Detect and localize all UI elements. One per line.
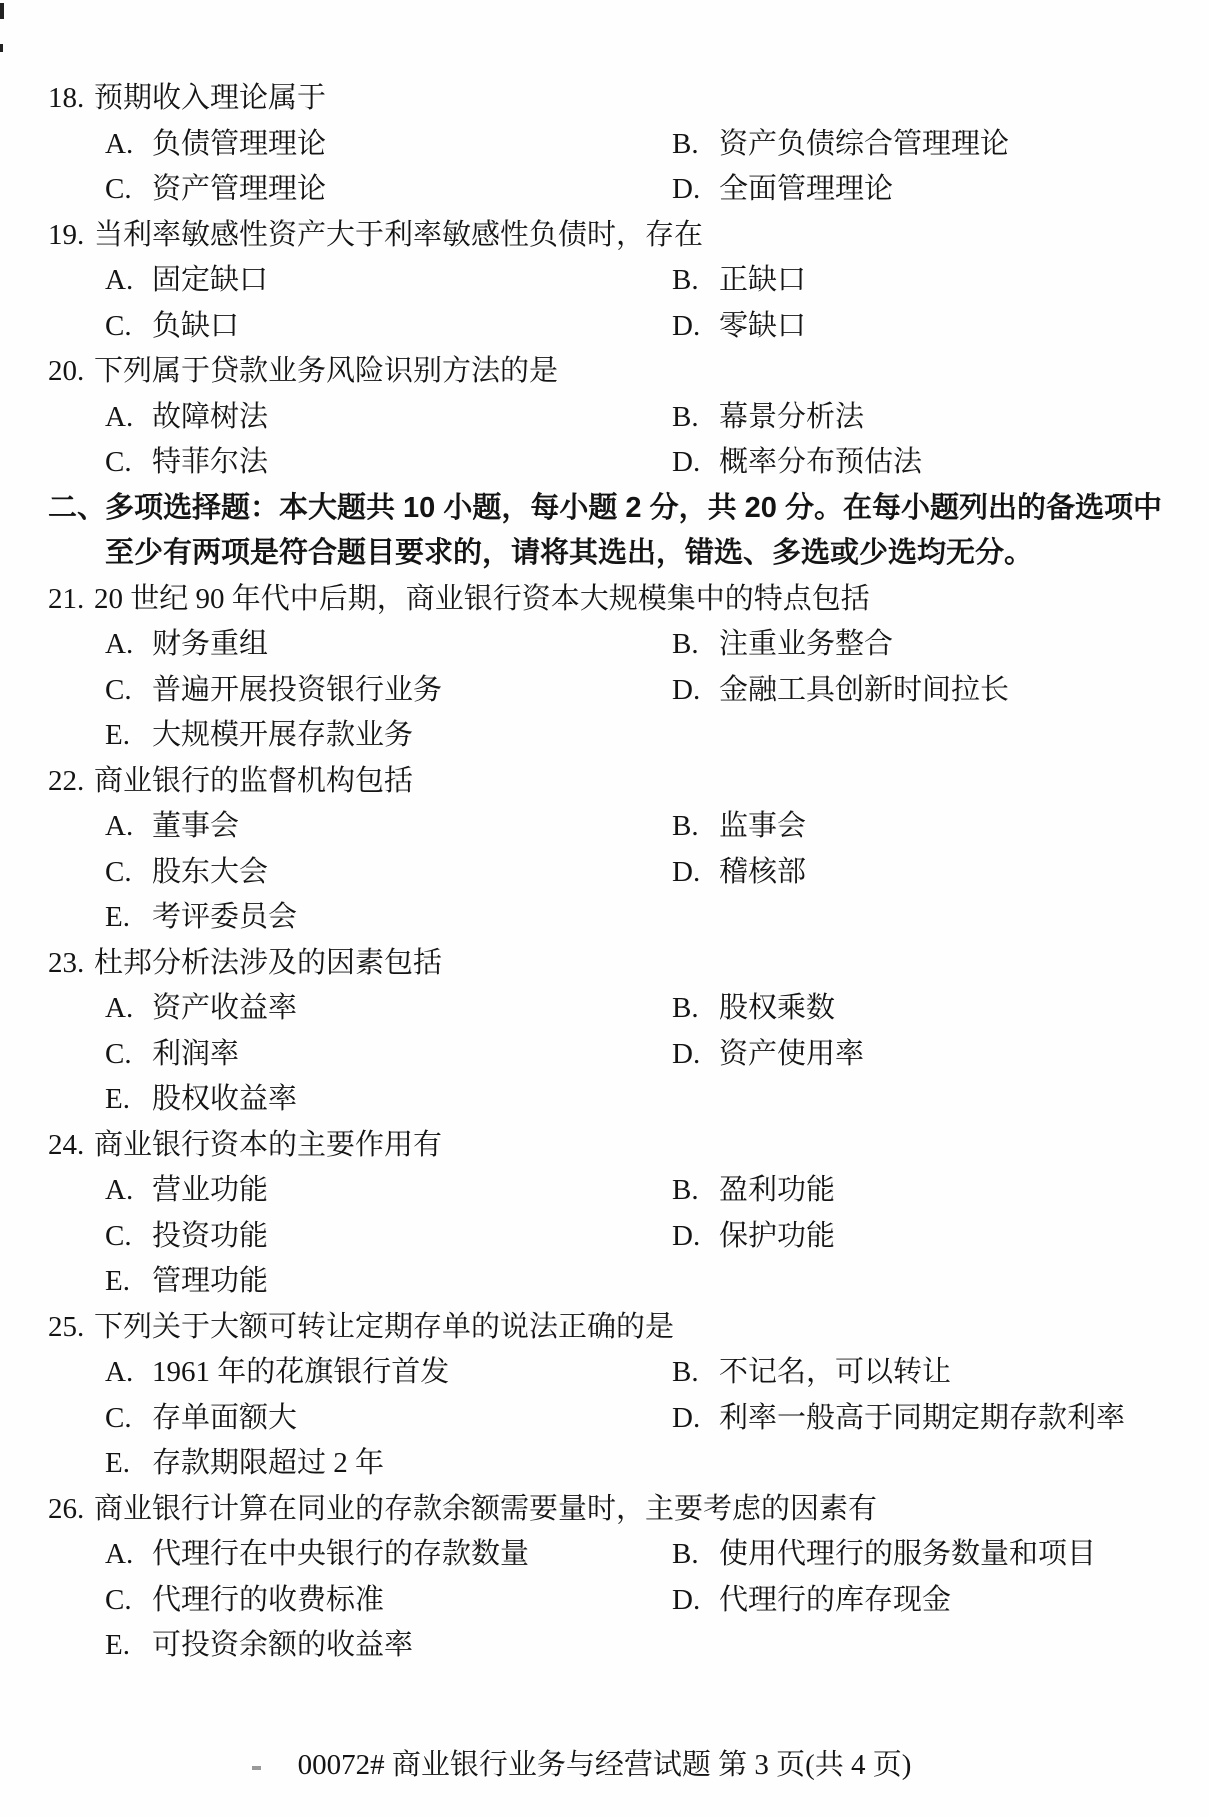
option-text: 概率分布预估法 (719, 446, 922, 478)
option-d: D.资产使用率 (672, 1032, 864, 1078)
option-label: B. (672, 622, 705, 668)
option-label: B. (672, 986, 705, 1032)
option-a: A.资产收益率 (105, 986, 672, 1032)
option-row: A.董事会 B.监事会 (0, 804, 1209, 850)
option-text: 利润率 (152, 1038, 239, 1070)
question-26: 26.商业银行计算在同业的存款余额需要量时，主要考虑的因素有 A.代理行在中央银… (0, 1487, 1209, 1669)
option-text: 财务重组 (152, 628, 268, 660)
option-label: A. (105, 1350, 138, 1396)
option-text: 盈利功能 (719, 1174, 835, 1206)
option-e: E.考评委员会 (105, 895, 672, 941)
option-a: A.故障树法 (105, 395, 672, 441)
question-21: 21.20 世纪 90 年代中后期，商业银行资本大规模集中的特点包括 A.财务重… (0, 577, 1209, 759)
option-label: D. (672, 850, 705, 896)
option-label: B. (672, 1532, 705, 1578)
option-label: E. (105, 1259, 138, 1305)
question-stem: 26.商业银行计算在同业的存款余额需要量时，主要考虑的因素有 (0, 1487, 1209, 1533)
option-text: 考评委员会 (152, 901, 297, 933)
option-c: C.特菲尔法 (105, 440, 672, 486)
question-25: 25.下列关于大额可转让定期存单的说法正确的是 A.1961 年的花旗银行首发 … (0, 1305, 1209, 1487)
option-text: 零缺口 (719, 310, 806, 342)
option-label: A. (105, 1532, 138, 1578)
option-b: B.监事会 (672, 804, 806, 850)
option-c: C.普遍开展投资银行业务 (105, 668, 672, 714)
option-label: E. (105, 1623, 138, 1669)
option-label: E. (105, 1441, 138, 1487)
option-text: 特菲尔法 (152, 446, 268, 478)
option-b: B.盈利功能 (672, 1168, 835, 1214)
option-b: B.股权乘数 (672, 986, 835, 1032)
option-a: A.营业功能 (105, 1168, 672, 1214)
question-text: 预期收入理论属于 (94, 82, 326, 114)
option-row: A.固定缺口 B.正缺口 (0, 258, 1209, 304)
option-label: B. (672, 1350, 705, 1396)
option-text: 大规模开展存款业务 (152, 719, 413, 751)
option-b: B.资产负债综合管理理论 (672, 122, 1009, 168)
option-text: 资产管理理论 (152, 173, 326, 205)
option-row: C.普遍开展投资银行业务 D.金融工具创新时间拉长 (0, 668, 1209, 714)
option-c: C.存单面额大 (105, 1396, 672, 1442)
option-label: A. (105, 395, 138, 441)
option-label: C. (105, 1578, 138, 1624)
section-header-text: 多项选择题：本大题共 10 小题，每小题 2 分，共 20 分。在每小题列出的备… (105, 486, 1162, 532)
option-a: A.负债管理理论 (105, 122, 672, 168)
option-text: 负缺口 (152, 310, 239, 342)
question-stem: 25.下列关于大额可转让定期存单的说法正确的是 (0, 1305, 1209, 1351)
option-text: 金融工具创新时间拉长 (719, 674, 1009, 706)
option-label: E. (105, 713, 138, 759)
question-text: 商业银行的监督机构包括 (94, 765, 413, 797)
option-a: A.1961 年的花旗银行首发 (105, 1350, 672, 1396)
option-text: 营业功能 (152, 1174, 268, 1206)
option-text: 利率一般高于同期定期存款利率 (719, 1402, 1125, 1434)
section-header-line-2: 至少有两项是符合题目要求的，请将其选出，错选、多选或少选均无分。 (0, 531, 1209, 577)
option-label: D. (672, 167, 705, 213)
question-stem: 19.当利率敏感性资产大于利率敏感性负债时，存在 (0, 213, 1209, 259)
section-header-line-1: 二、多项选择题：本大题共 10 小题，每小题 2 分，共 20 分。在每小题列出… (0, 486, 1209, 532)
option-label: C. (105, 167, 138, 213)
question-number: 19. (48, 213, 94, 259)
option-label: B. (672, 1168, 705, 1214)
option-row: A.代理行在中央银行的存款数量 B.使用代理行的服务数量和项目 (0, 1532, 1209, 1578)
question-text: 商业银行资本的主要作用有 (94, 1129, 442, 1161)
option-b: B.不记名，可以转让 (672, 1350, 951, 1396)
option-text: 不记名，可以转让 (719, 1356, 951, 1388)
option-text: 幕景分析法 (719, 401, 864, 433)
option-b: B.使用代理行的服务数量和项目 (672, 1532, 1096, 1578)
option-row: A.1961 年的花旗银行首发 B.不记名，可以转让 (0, 1350, 1209, 1396)
option-text: 资产使用率 (719, 1038, 864, 1070)
option-e: E.存款期限超过 2 年 (105, 1441, 672, 1487)
option-label: D. (672, 668, 705, 714)
option-label: C. (105, 304, 138, 350)
question-23: 23.杜邦分析法涉及的因素包括 A.资产收益率 B.股权乘数 C.利润率 D.资… (0, 941, 1209, 1123)
option-row: A.故障树法 B.幕景分析法 (0, 395, 1209, 441)
exam-body: 18.预期收入理论属于 A.负债管理理论 B.资产负债综合管理理论 C.资产管理… (0, 0, 1209, 1669)
option-label: D. (672, 1032, 705, 1078)
option-text: 可投资余额的收益率 (152, 1629, 413, 1661)
option-text: 故障树法 (152, 401, 268, 433)
question-18: 18.预期收入理论属于 A.负债管理理论 B.资产负债综合管理理论 C.资产管理… (0, 76, 1209, 213)
option-c: C.股东大会 (105, 850, 672, 896)
option-label: A. (105, 122, 138, 168)
option-row: C.负缺口 D.零缺口 (0, 304, 1209, 350)
exam-page: 18.预期收入理论属于 A.负债管理理论 B.资产负债综合管理理论 C.资产管理… (0, 0, 1209, 1817)
option-text: 股东大会 (152, 856, 268, 888)
option-label: B. (672, 804, 705, 850)
option-e: E.管理功能 (105, 1259, 672, 1305)
option-label: D. (672, 1578, 705, 1624)
section-2-header: 二、多项选择题：本大题共 10 小题，每小题 2 分，共 20 分。在每小题列出… (0, 486, 1209, 577)
option-d: D.全面管理理论 (672, 167, 893, 213)
question-20: 20.下列属于贷款业务风险识别方法的是 A.故障树法 B.幕景分析法 C.特菲尔… (0, 349, 1209, 486)
option-row: C.存单面额大 D.利率一般高于同期定期存款利率 (0, 1396, 1209, 1442)
option-label: B. (672, 395, 705, 441)
option-row: C.特菲尔法 D.概率分布预估法 (0, 440, 1209, 486)
question-number: 18. (48, 76, 94, 122)
option-row: C.资产管理理论 D.全面管理理论 (0, 167, 1209, 213)
question-text: 当利率敏感性资产大于利率敏感性负债时，存在 (94, 219, 703, 251)
option-row: E.大规模开展存款业务 (0, 713, 1209, 759)
option-a: A.财务重组 (105, 622, 672, 668)
option-row: A.营业功能 B.盈利功能 (0, 1168, 1209, 1214)
question-number: 25. (48, 1305, 94, 1351)
option-label: D. (672, 440, 705, 486)
option-text: 管理功能 (152, 1265, 268, 1297)
option-label: C. (105, 440, 138, 486)
question-24: 24.商业银行资本的主要作用有 A.营业功能 B.盈利功能 C.投资功能 D.保… (0, 1123, 1209, 1305)
option-row: C.股东大会 D.稽核部 (0, 850, 1209, 896)
question-stem: 22.商业银行的监督机构包括 (0, 759, 1209, 805)
option-text: 普遍开展投资银行业务 (152, 674, 442, 706)
question-stem: 21.20 世纪 90 年代中后期，商业银行资本大规模集中的特点包括 (0, 577, 1209, 623)
option-d: D.代理行的库存现金 (672, 1578, 951, 1624)
option-row: E.存款期限超过 2 年 (0, 1441, 1209, 1487)
option-label: C. (105, 668, 138, 714)
question-text: 下列属于贷款业务风险识别方法的是 (94, 355, 558, 387)
option-text: 代理行在中央银行的存款数量 (152, 1538, 529, 1570)
option-b: B.正缺口 (672, 258, 806, 304)
option-label: D. (672, 1214, 705, 1260)
option-text: 投资功能 (152, 1220, 268, 1252)
option-row: C.利润率 D.资产使用率 (0, 1032, 1209, 1078)
option-label: A. (105, 986, 138, 1032)
option-text: 股权收益率 (152, 1083, 297, 1115)
option-text: 股权乘数 (719, 992, 835, 1024)
option-text: 使用代理行的服务数量和项目 (719, 1538, 1096, 1570)
option-c: C.代理行的收费标准 (105, 1578, 672, 1624)
option-label: B. (672, 258, 705, 304)
option-label: A. (105, 804, 138, 850)
option-text: 全面管理理论 (719, 173, 893, 205)
question-stem: 20.下列属于贷款业务风险识别方法的是 (0, 349, 1209, 395)
question-number: 24. (48, 1123, 94, 1169)
option-label: A. (105, 1168, 138, 1214)
question-19: 19.当利率敏感性资产大于利率敏感性负债时，存在 A.固定缺口 B.正缺口 C.… (0, 213, 1209, 350)
option-row: C.投资功能 D.保护功能 (0, 1214, 1209, 1260)
option-row: E.考评委员会 (0, 895, 1209, 941)
option-label: E. (105, 1077, 138, 1123)
option-text: 1961 年的花旗银行首发 (152, 1356, 449, 1388)
option-d: D.概率分布预估法 (672, 440, 922, 486)
scan-artifact (0, 44, 3, 52)
option-label: C. (105, 1032, 138, 1078)
option-label: C. (105, 1396, 138, 1442)
option-text: 监事会 (719, 810, 806, 842)
option-text: 董事会 (152, 810, 239, 842)
option-text: 存款期限超过 2 年 (152, 1447, 384, 1479)
scan-artifact (0, 3, 4, 19)
question-22: 22.商业银行的监督机构包括 A.董事会 B.监事会 C.股东大会 D.稽核部 … (0, 759, 1209, 941)
option-label: A. (105, 622, 138, 668)
option-label: D. (672, 1396, 705, 1442)
option-text: 代理行的收费标准 (152, 1584, 384, 1616)
option-e: E.可投资余额的收益率 (105, 1623, 672, 1669)
option-label: A. (105, 258, 138, 304)
question-stem: 23.杜邦分析法涉及的因素包括 (0, 941, 1209, 987)
option-row: E.管理功能 (0, 1259, 1209, 1305)
option-c: C.投资功能 (105, 1214, 672, 1260)
question-stem: 24.商业银行资本的主要作用有 (0, 1123, 1209, 1169)
page-footer: 00072# 商业银行业务与经营试题 第 3 页(共 4 页) (0, 1743, 1209, 1787)
option-d: D.零缺口 (672, 304, 806, 350)
question-text: 杜邦分析法涉及的因素包括 (94, 947, 442, 979)
option-text: 保护功能 (719, 1220, 835, 1252)
question-text: 20 世纪 90 年代中后期，商业银行资本大规模集中的特点包括 (94, 583, 870, 615)
option-c: C.负缺口 (105, 304, 672, 350)
option-text: 负债管理理论 (152, 128, 326, 160)
option-row: C.代理行的收费标准 D.代理行的库存现金 (0, 1578, 1209, 1624)
option-text: 资产负债综合管理理论 (719, 128, 1009, 160)
question-number: 23. (48, 941, 94, 987)
option-b: B.幕景分析法 (672, 395, 864, 441)
option-a: A.固定缺口 (105, 258, 672, 304)
question-number: 21. (48, 577, 94, 623)
section-marker: 二、 (48, 486, 105, 532)
question-number: 26. (48, 1487, 94, 1533)
option-b: B.注重业务整合 (672, 622, 893, 668)
option-text: 存单面额大 (152, 1402, 297, 1434)
question-text: 下列关于大额可转让定期存单的说法正确的是 (94, 1311, 674, 1343)
option-d: D.保护功能 (672, 1214, 835, 1260)
option-a: A.代理行在中央银行的存款数量 (105, 1532, 672, 1578)
option-c: C.资产管理理论 (105, 167, 672, 213)
option-label: C. (105, 850, 138, 896)
question-number: 20. (48, 349, 94, 395)
option-c: C.利润率 (105, 1032, 672, 1078)
option-row: A.负债管理理论 B.资产负债综合管理理论 (0, 122, 1209, 168)
option-label: B. (672, 122, 705, 168)
question-number: 22. (48, 759, 94, 805)
question-stem: 18.预期收入理论属于 (0, 76, 1209, 122)
option-e: E.大规模开展存款业务 (105, 713, 672, 759)
option-row: E.可投资余额的收益率 (0, 1623, 1209, 1669)
option-d: D.利率一般高于同期定期存款利率 (672, 1396, 1125, 1442)
option-e: E.股权收益率 (105, 1077, 672, 1123)
option-text: 代理行的库存现金 (719, 1584, 951, 1616)
option-d: D.金融工具创新时间拉长 (672, 668, 1009, 714)
option-label: C. (105, 1214, 138, 1260)
option-text: 正缺口 (719, 264, 806, 296)
option-row: A.资产收益率 B.股权乘数 (0, 986, 1209, 1032)
option-text: 稽核部 (719, 856, 806, 888)
question-text: 商业银行计算在同业的存款余额需要量时，主要考虑的因素有 (94, 1493, 877, 1525)
option-label: D. (672, 304, 705, 350)
option-d: D.稽核部 (672, 850, 806, 896)
option-a: A.董事会 (105, 804, 672, 850)
option-text: 资产收益率 (152, 992, 297, 1024)
option-row: A.财务重组 B.注重业务整合 (0, 622, 1209, 668)
option-label: E. (105, 895, 138, 941)
option-text: 固定缺口 (152, 264, 268, 296)
option-row: E.股权收益率 (0, 1077, 1209, 1123)
option-text: 注重业务整合 (719, 628, 893, 660)
